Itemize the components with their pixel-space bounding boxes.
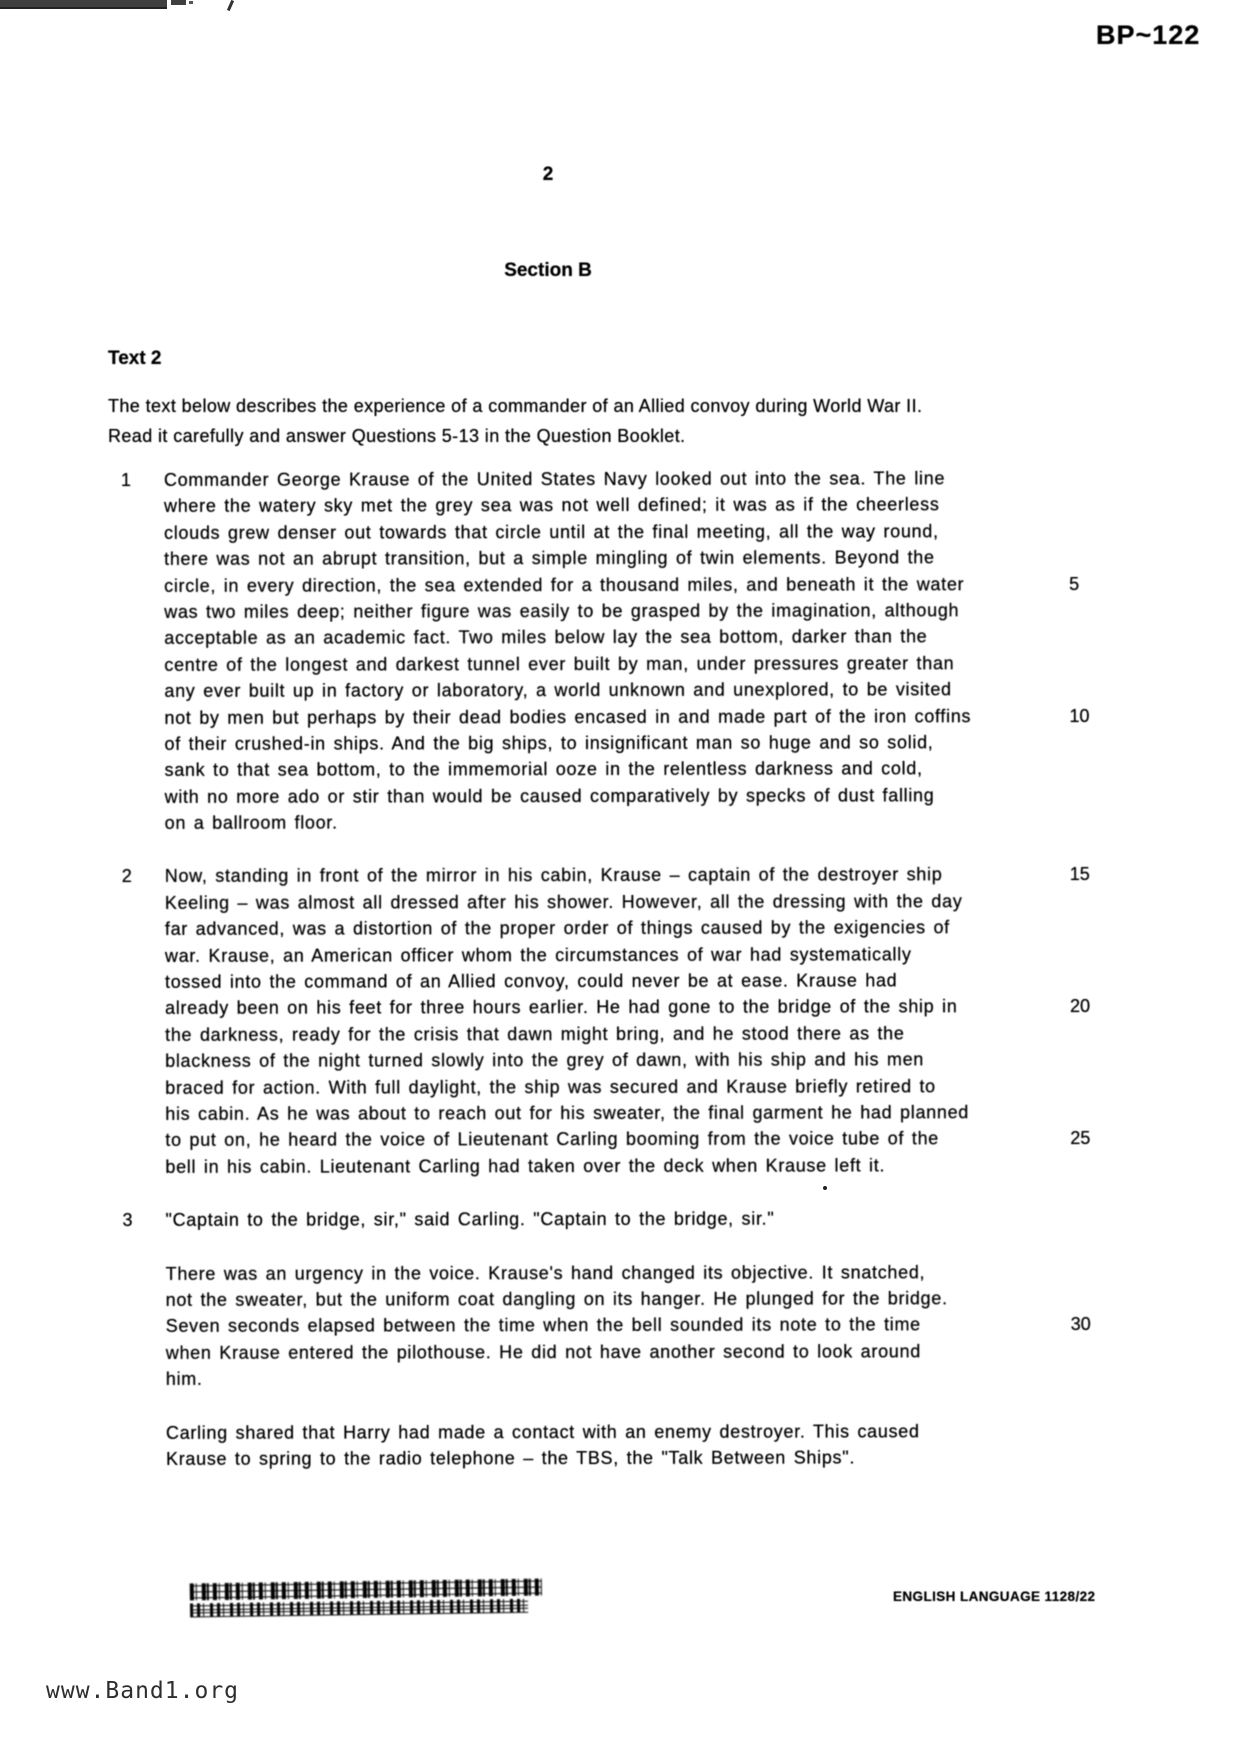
text-line: braced for action. With full daylight, t… bbox=[165, 1076, 1122, 1104]
scanned-exam-page: BP~122 2 Section B Text 2 The text below… bbox=[0, 0, 1239, 1754]
line-number: 25 bbox=[1070, 1128, 1090, 1149]
paragraph-number: 1 bbox=[121, 470, 165, 840]
text-line-content: Krause to spring to the radio telephone … bbox=[166, 1447, 855, 1468]
text-line: Seven seconds elapsed between the time w… bbox=[166, 1314, 1123, 1342]
paragraph: 1Commander George Krause of the United S… bbox=[121, 468, 1122, 840]
text-line-content: circle, in every direction, the sea exte… bbox=[164, 574, 964, 596]
text-line-content: any ever built up in factory or laborato… bbox=[164, 679, 951, 701]
paragraph-lines: Commander George Krause of the United St… bbox=[164, 468, 1122, 839]
text-line: sank to that sea bottom, to the immemori… bbox=[165, 758, 1122, 786]
watermark-url: www.Band1.org bbox=[46, 1678, 239, 1704]
text-line: to put on, he heard the voice of Lieuten… bbox=[165, 1128, 1122, 1156]
text-line-content: to put on, he heard the voice of Lieuten… bbox=[165, 1129, 939, 1151]
text-line-content: clouds grew denser out towards that circ… bbox=[164, 521, 939, 543]
text-line-content: blackness of the night turned slowly int… bbox=[165, 1050, 924, 1072]
text-line: the darkness, ready for the crisis that … bbox=[165, 1023, 1122, 1051]
text-line: of their crushed-in ships. And the big s… bbox=[164, 732, 1121, 760]
paragraph-lines: Now, standing in front of the mirror in … bbox=[165, 864, 1123, 1183]
text-line: not the sweater, but the uniform coat da… bbox=[166, 1288, 1123, 1316]
text-line: where the watery sky met the grey sea wa… bbox=[164, 494, 1121, 522]
scan-artifact-dot bbox=[189, 1, 193, 4]
paragraph-lines: There was an urgency in the voice. Kraus… bbox=[166, 1261, 1123, 1395]
text-line: far advanced, was a distortion of the pr… bbox=[165, 917, 1122, 945]
text-line: him. bbox=[166, 1367, 1123, 1395]
text-line: with no more ado or stir than would be c… bbox=[165, 785, 1122, 813]
line-number: 30 bbox=[1071, 1314, 1091, 1335]
text-line-content: the darkness, ready for the crisis that … bbox=[165, 1023, 905, 1045]
paragraph-number: 2 bbox=[122, 866, 166, 1183]
line-number: 20 bbox=[1070, 996, 1090, 1017]
text-line-content: on a ballroom floor. bbox=[165, 813, 338, 833]
page-number: 2 bbox=[0, 164, 1096, 186]
text-line-content: was two miles deep; neither figure was e… bbox=[164, 600, 959, 622]
section-title: Section B bbox=[0, 260, 1096, 282]
text-line: acceptable as an academic fact. Two mile… bbox=[164, 626, 1121, 654]
text-line: tossed into the command of an Allied con… bbox=[165, 970, 1122, 998]
text-line-content: sank to that sea bottom, to the immemori… bbox=[165, 759, 923, 781]
text-line-content: when Krause entered the pilothouse. He d… bbox=[166, 1341, 921, 1363]
paragraph-lines: Carling shared that Harry had made a con… bbox=[166, 1420, 1123, 1475]
text-line: not by men but perhaps by their dead bod… bbox=[164, 705, 1121, 733]
text-line: centre of the longest and darkest tunnel… bbox=[164, 653, 1121, 681]
intro-line: The text below describes the experience … bbox=[108, 391, 1058, 421]
text-line-content: not by men but perhaps by their dead bod… bbox=[164, 706, 971, 728]
text-line-content: already been on his feet for three hours… bbox=[165, 997, 958, 1019]
text-line-content: Seven seconds elapsed between the time w… bbox=[166, 1315, 921, 1337]
text-line: Now, standing in front of the mirror in … bbox=[165, 864, 1122, 892]
text-line: already been on his feet for three hours… bbox=[165, 996, 1122, 1024]
text-line-content: of their crushed-in ships. And the big s… bbox=[164, 732, 933, 754]
text-line-content: centre of the longest and darkest tunnel… bbox=[164, 653, 954, 675]
text-line-content: Commander George Krause of the United St… bbox=[164, 468, 945, 490]
text-line-content: Carling shared that Harry had made a con… bbox=[166, 1421, 920, 1443]
text-line: his cabin. As he was about to reach out … bbox=[165, 1102, 1122, 1130]
passage: 1Commander George Krause of the United S… bbox=[121, 468, 1123, 1502]
text-label: Text 2 bbox=[108, 348, 162, 370]
paragraph: 2Now, standing in front of the mirror in… bbox=[122, 864, 1123, 1183]
text-line: Krause to spring to the radio telephone … bbox=[166, 1447, 1123, 1475]
text-line-content: far advanced, was a distortion of the pr… bbox=[165, 918, 950, 940]
scan-artifact-tick bbox=[227, 0, 234, 11]
text-line-content: not the sweater, but the uniform coat da… bbox=[166, 1288, 948, 1310]
text-line-content: there was not an abrupt transition, but … bbox=[164, 548, 935, 570]
paragraph: 3"Captain to the bridge, sir," said Carl… bbox=[122, 1208, 1122, 1236]
intro-line: Read it carefully and answer Questions 5… bbox=[108, 421, 1058, 451]
text-line: war. Krause, an American officer whom th… bbox=[165, 944, 1122, 972]
paragraph-number: 3 bbox=[122, 1210, 165, 1236]
footer-paper-reference: ENGLISH LANGUAGE 1128/22 bbox=[893, 1589, 1095, 1604]
text-line: blackness of the night turned slowly int… bbox=[165, 1049, 1122, 1077]
text-line-content: with no more ado or stir than would be c… bbox=[165, 785, 935, 807]
text-line: on a ballroom floor. bbox=[165, 811, 1122, 839]
paragraph-number bbox=[123, 1422, 166, 1475]
text-line: any ever built up in factory or laborato… bbox=[164, 679, 1121, 707]
scan-artifact-dash bbox=[171, 0, 186, 5]
text-line: There was an urgency in the voice. Kraus… bbox=[166, 1261, 1123, 1289]
stamp-smudge-line bbox=[190, 1599, 528, 1618]
text-line-content: him. bbox=[166, 1369, 203, 1389]
text-line: bell in his cabin. Lieutenant Carling ha… bbox=[165, 1155, 1122, 1183]
illegible-stamp bbox=[190, 1579, 543, 1626]
paragraph: Carling shared that Harry had made a con… bbox=[123, 1420, 1123, 1475]
line-number: 10 bbox=[1069, 706, 1089, 727]
line-number: 5 bbox=[1069, 574, 1079, 595]
paragraph-number bbox=[123, 1264, 166, 1396]
text-line-content: braced for action. With full daylight, t… bbox=[165, 1076, 936, 1098]
text-line-content: Keeling – was almost all dressed after h… bbox=[165, 891, 963, 913]
text-line: circle, in every direction, the sea exte… bbox=[164, 574, 1121, 602]
paragraph-lines: "Captain to the bridge, sir," said Carli… bbox=[165, 1208, 1122, 1236]
text-line-content: tossed into the command of an Allied con… bbox=[165, 970, 897, 992]
text-line-content: Now, standing in front of the mirror in … bbox=[165, 865, 943, 887]
text-line: "Captain to the bridge, sir," said Carli… bbox=[165, 1208, 1122, 1236]
text-line: Carling shared that Harry had made a con… bbox=[166, 1420, 1123, 1448]
intro-text: The text below describes the experience … bbox=[108, 391, 1058, 451]
paragraph: There was an urgency in the voice. Kraus… bbox=[123, 1261, 1123, 1395]
text-line: clouds grew denser out towards that circ… bbox=[164, 521, 1121, 549]
stamp-smudge-line bbox=[190, 1579, 542, 1601]
text-line: when Krause entered the pilothouse. He d… bbox=[166, 1341, 1123, 1369]
line-number: 15 bbox=[1070, 864, 1090, 885]
text-line: Keeling – was almost all dressed after h… bbox=[165, 891, 1122, 919]
text-line: was two miles deep; neither figure was e… bbox=[164, 600, 1121, 628]
text-line-content: acceptable as an academic fact. Two mile… bbox=[164, 627, 927, 649]
text-line-content: where the watery sky met the grey sea wa… bbox=[164, 495, 940, 517]
text-line: there was not an abrupt transition, but … bbox=[164, 547, 1121, 575]
paper-code: BP~122 bbox=[1096, 20, 1200, 51]
text-line-content: war. Krause, an American officer whom th… bbox=[165, 944, 912, 966]
text-line-content: bell in his cabin. Lieutenant Carling ha… bbox=[165, 1155, 885, 1177]
scan-artifact-bar bbox=[0, 0, 167, 9]
text-line-content: his cabin. As he was about to reach out … bbox=[165, 1102, 969, 1124]
scan-speck bbox=[823, 1186, 827, 1190]
text-line-content: "Captain to the bridge, sir," said Carli… bbox=[165, 1209, 774, 1230]
text-line: Commander George Krause of the United St… bbox=[164, 468, 1121, 496]
text-line-content: There was an urgency in the voice. Kraus… bbox=[166, 1262, 926, 1284]
